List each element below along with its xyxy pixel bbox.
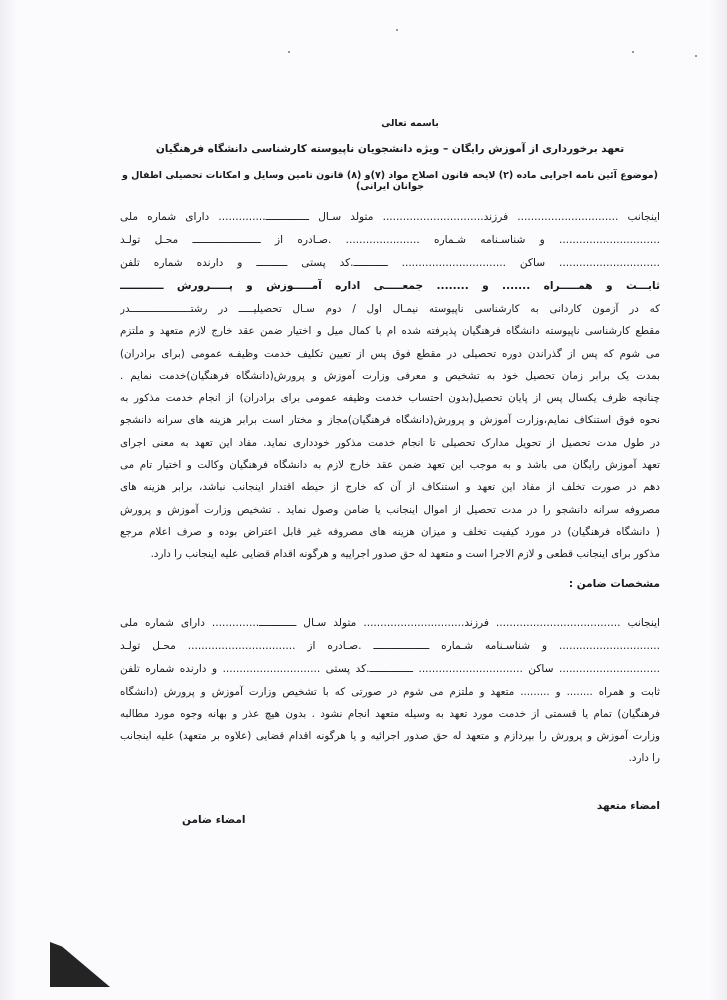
document-title: تعهد برخورداری از آموزش رایگان – ویژه دا… (120, 143, 660, 155)
scan-edge-right (709, 0, 727, 1000)
commitment-line: مذکور برای اینجانب قطعی و لازم الاجرا اس… (120, 543, 660, 565)
commitment-line: در طول مدت تحصیل از تحویل مدارک تحصیلی ت… (120, 432, 660, 454)
commitment-line: که در آزمون کاردانی به کارشناسی ناپیوسته… (120, 298, 660, 320)
obligor-signature-label: امضاء متعهد (597, 800, 660, 812)
commitment-line: تعهد آموزش رایگان می باشد و به موجب این … (120, 454, 660, 476)
commitment-line: ( دانشگاه فرهنگیان) در مورد کیفیت تخلف و… (120, 521, 660, 543)
scan-edge-left (0, 0, 18, 1000)
obligor-form-line: ثابـــت و همـــــراه ....... و ........ … (120, 275, 660, 298)
scan-speck (396, 29, 398, 31)
guarantor-heading: مشخصات ضامن : (120, 578, 660, 590)
commitment-line: چنانچه ظرف یکسال پس از پایان تحصیل(بدون … (120, 387, 660, 409)
commitment-line: بمدت یک برابر زمان تحصیل خود به تشخیص و … (120, 365, 660, 387)
basmala-heading: باسمه تعالی (160, 118, 660, 129)
guarantor-commitment-line: ثابت و همراه ........ و ......... متعهد … (120, 681, 660, 703)
scan-artifact-corner (50, 942, 110, 987)
signature-row: امضاء متعهد امضاء ضامن (120, 794, 660, 834)
pledge-document: باسمه تعالی تعهد برخورداری از آموزش رایگ… (120, 118, 660, 834)
document-subtitle: (موضوع آئین نامه اجرایی ماده (۲) لایحه ق… (120, 170, 660, 192)
guarantor-signature-label: امضاء ضامن (182, 814, 245, 826)
obligor-form-line: اینجانب .............................. ف… (120, 206, 660, 229)
scan-speck (288, 51, 290, 53)
guarantor-commitment-line: را دارد. (120, 747, 660, 769)
commitment-line: مقطع کارشناسی ناپیوسته دانشگاه فرهنگیان … (120, 320, 660, 342)
obligor-info-form: اینجانب .............................. ف… (120, 206, 660, 298)
guarantor-commitment: ثابت و همراه ........ و ......... متعهد … (120, 681, 660, 770)
scan-speck (695, 55, 697, 57)
guarantor-form-line: .............................. ساکن ....… (120, 658, 660, 681)
guarantor-form-line: .............................. و شناسـنا… (120, 635, 660, 658)
commitment-line: می شوم که پس از گذراندن دوره تحصیلی در م… (120, 343, 660, 365)
guarantor-commitment-line: وزارت آموزش و پرورش را بپردازم و متعهد ل… (120, 725, 660, 747)
guarantor-form-line: اینجانب ................................… (120, 612, 660, 635)
commitment-paragraph: که در آزمون کاردانی به کارشناسی ناپیوسته… (120, 298, 660, 566)
commitment-line: مصروفه سرانه دانشجو را در مدت تحصیل از ا… (120, 499, 660, 521)
guarantor-commitment-line: فرهنگیان) تمام یا قسمتی از خدمت مورد تعه… (120, 703, 660, 725)
guarantor-info-form: اینجانب ................................… (120, 612, 660, 681)
obligor-form-line: .............................. و شناسـنا… (120, 229, 660, 252)
commitment-line: نحوه فوق استنکاف نمایم،وزارت آموزش و پرو… (120, 409, 660, 431)
commitment-line: دهم در صورت تخلف از مفاد این تعهد و استن… (120, 476, 660, 498)
scan-speck (632, 51, 634, 53)
obligor-form-line: .............................. ساکن ....… (120, 252, 660, 275)
